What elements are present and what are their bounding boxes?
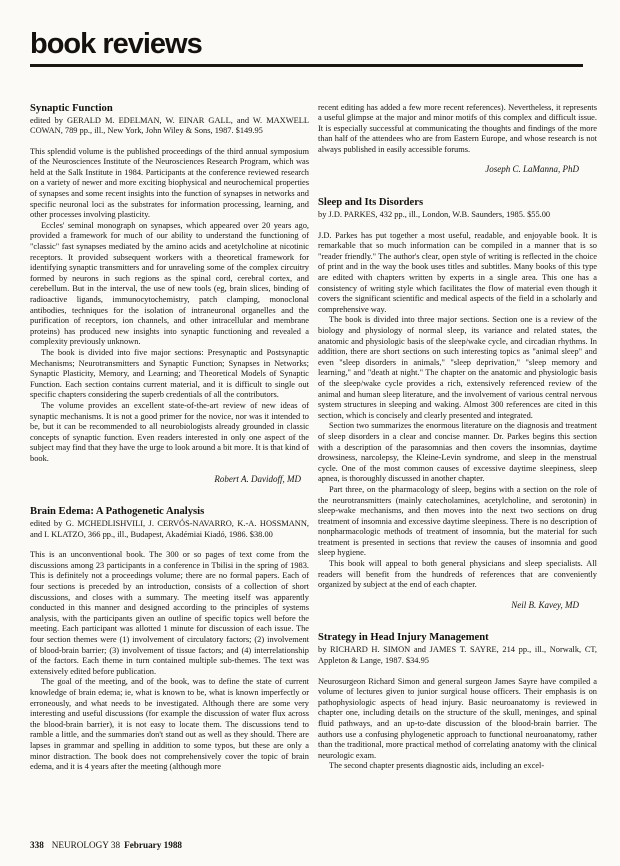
footer-issue-date: February 1988 xyxy=(124,840,182,850)
column-left: Synaptic Function edited by GERALD M. ED… xyxy=(30,103,309,773)
journal-page: book reviews Synaptic Function edited by… xyxy=(0,0,620,866)
review-paragraph-continued: The goal of the meeting, and of the book… xyxy=(30,677,309,772)
review-brain-edema: Brain Edema: A Pathogenetic Analysis edi… xyxy=(30,506,309,773)
review-byline: edited by G. MCHEDLISHVILI, J. CERVÓS-NA… xyxy=(30,519,309,540)
reviewer-signature: Neil B. Kavey, MD xyxy=(318,600,579,611)
reviewer-signature: Robert A. Davidoff, MD xyxy=(30,474,301,485)
review-byline: by RICHARD H. SIMON and JAMES T. SAYRE, … xyxy=(318,645,597,666)
review-byline: edited by GERALD M. EDELMAN, W. EINAR GA… xyxy=(30,116,309,137)
review-paragraph: Section two summarizes the enormous lite… xyxy=(318,421,597,485)
review-paragraph: This splendid volume is the published pr… xyxy=(30,147,309,221)
review-title: Strategy in Head Injury Management xyxy=(318,632,597,644)
reviewer-signature: Joseph C. LaManna, PhD xyxy=(318,164,579,175)
review-title: Synaptic Function xyxy=(30,103,309,115)
review-paragraph: The second chapter presents diagnostic a… xyxy=(318,761,597,772)
review-byline: by J.D. PARKES, 432 pp., ill., London, W… xyxy=(318,210,597,221)
review-title: Brain Edema: A Pathogenetic Analysis xyxy=(30,506,309,518)
review-paragraph: Part three, on the pharmacology of sleep… xyxy=(318,485,597,559)
review-paragraph: J.D. Parkes has put together a most usef… xyxy=(318,231,597,316)
review-paragraph: This book will appeal to both general ph… xyxy=(318,559,597,591)
footer-page-number: 338 xyxy=(30,840,44,850)
masthead: book reviews xyxy=(30,30,590,67)
review-paragraph: Eccles' seminal monograph on synapses, w… xyxy=(30,221,309,348)
column-right: recent editing has added a few more rece… xyxy=(318,103,597,773)
review-synaptic-function: Synaptic Function edited by GERALD M. ED… xyxy=(30,103,309,485)
review-paragraph: The volume provides an excellent state-o… xyxy=(30,401,309,465)
review-head-injury: Strategy in Head Injury Management by RI… xyxy=(318,632,597,772)
review-paragraph: The book is divided into five major sect… xyxy=(30,348,309,401)
review-paragraph: The book is divided into three major sec… xyxy=(318,315,597,421)
footer-journal-name: NEUROLOGY 38 xyxy=(52,840,120,850)
page-title: book reviews xyxy=(30,30,590,59)
review-paragraph-continuation: recent editing has added a few more rece… xyxy=(318,103,597,156)
review-brain-edema-continuation: recent editing has added a few more rece… xyxy=(318,103,597,176)
two-column-layout: Synaptic Function edited by GERALD M. ED… xyxy=(30,103,597,773)
title-rule xyxy=(30,64,583,67)
review-paragraph: Neurosurgeon Richard Simon and general s… xyxy=(318,677,597,762)
review-sleep-disorders: Sleep and Its Disorders by J.D. PARKES, … xyxy=(318,197,597,610)
page-footer: 338NEUROLOGY 38February 1988 xyxy=(30,840,182,850)
review-paragraph: This is an unconventional book. The 300 … xyxy=(30,550,309,677)
review-title: Sleep and Its Disorders xyxy=(318,197,597,209)
